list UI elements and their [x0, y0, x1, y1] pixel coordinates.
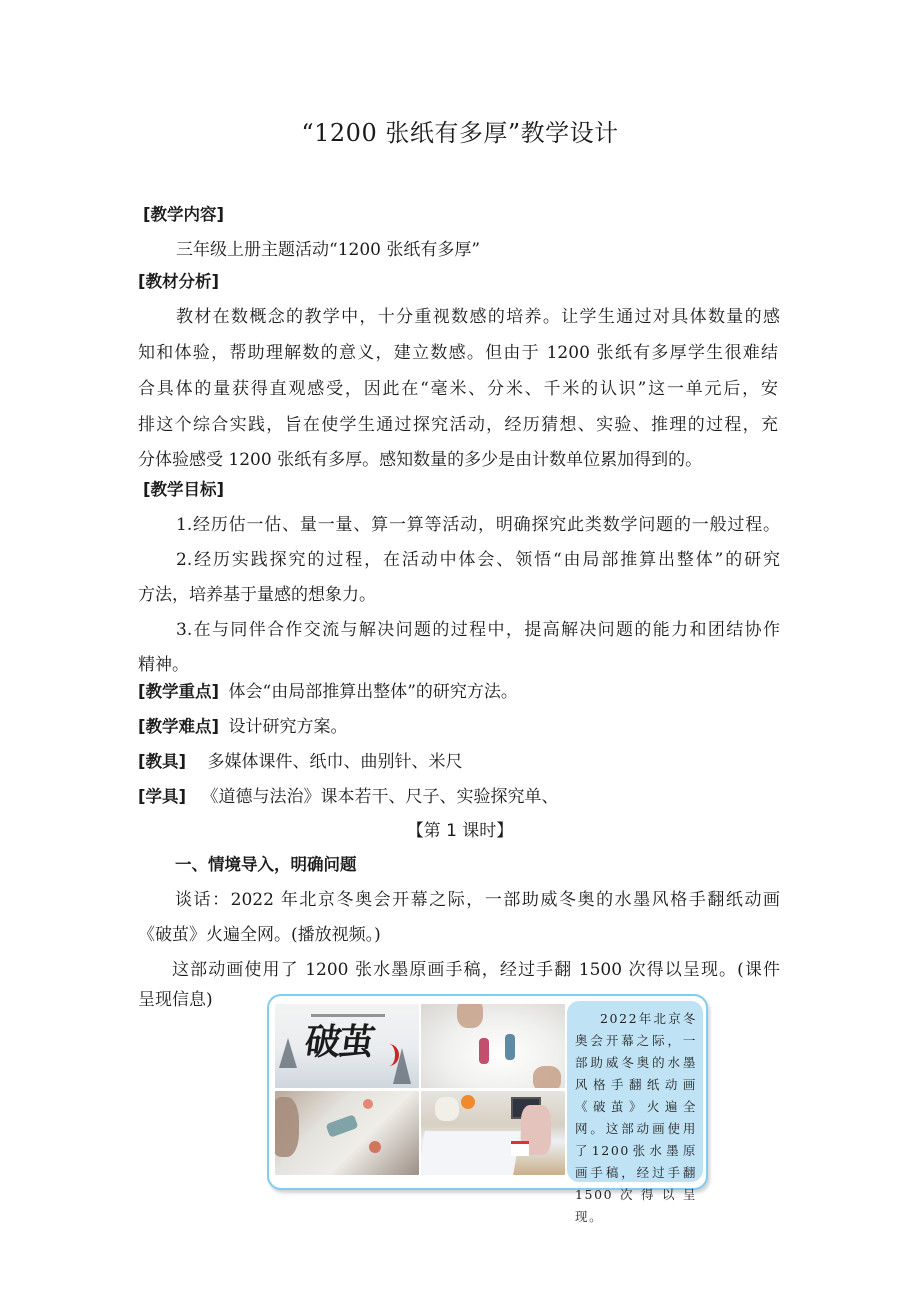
hand-shape	[533, 1066, 561, 1088]
analysis-line: 知和体验，帮助理解数的意义，建立数感。但由于 1200 张纸有多厚学生很难结	[138, 341, 778, 365]
key-point-text: 体会“由局部推算出整体”的研究方法。	[229, 682, 518, 702]
analysis-line: 分体验感受 1200 张纸有多厚。感知数量的多少是由计数单位累加得到的。	[138, 448, 702, 472]
section-heading-goals: [教学目标]	[143, 478, 224, 502]
goal-line: 3.在与同伴合作交流与解决问题的过程中，提高解决问题的能力和团结协作	[176, 618, 780, 642]
part1-line: 呈现信息)	[138, 988, 213, 1012]
tree-icon	[279, 1038, 297, 1068]
person-shape	[435, 1097, 459, 1121]
flipbook-pages-image	[275, 1091, 419, 1175]
difficulty-label: [教学难点]	[138, 717, 219, 736]
skater-figure	[505, 1034, 515, 1060]
skater-figure	[479, 1038, 489, 1064]
goal-line: 2.经历实践探究的过程，在活动中体会、领悟“由局部推算出整体”的研究	[176, 548, 780, 572]
poster-banner-text	[311, 1014, 385, 1017]
skater-figure	[326, 1114, 359, 1137]
key-point-label: [教学重点]	[138, 682, 219, 701]
student-tools-label: [学具]	[138, 787, 186, 806]
content-text: 三年级上册主题活动“1200 张纸有多厚”	[176, 238, 480, 262]
artists-drawing-image	[421, 1091, 565, 1175]
part1-line: 《破茧》火遍全网。(播放视频。)	[138, 923, 381, 947]
goal-line: 1.经历估一估、量一量、算一算等活动，明确探究此类数学问题的一般过程。	[176, 513, 780, 537]
red-brush-stroke	[379, 1044, 399, 1066]
part1-heading: 一、情境导入，明确问题	[175, 853, 357, 877]
paper-sheet	[421, 1131, 521, 1175]
analysis-line: 教材在数概念的教学中，十分重视数感的培养。让学生通过对具体数量的感	[176, 305, 780, 329]
difficulty-text: 设计研究方案。	[229, 717, 348, 737]
lesson-period-label: 【第 1 课时】	[0, 819, 920, 843]
courseware-figure: 破茧 2022年北京冬奥会开幕之际，一部助威冬奥的水墨风格手翻纸动画《破茧》火遍…	[267, 994, 708, 1190]
part1-line: 这部动画使用了 1200 张水墨原画手稿，经过手翻 1500 次得以呈现。(课件	[172, 958, 780, 982]
hand-shape	[457, 1004, 483, 1028]
key-point-row: [教学重点] 体会“由局部推算出整体”的研究方法。	[138, 680, 518, 704]
flipbook-skaters-image	[421, 1004, 565, 1088]
goal-line: 方法，培养基于量感的想象力。	[138, 583, 376, 607]
analysis-line: 合具体的量获得直观感受，因此在“毫米、分米、千米的认识”这一单元后，安	[138, 377, 778, 401]
po-jian-poster-image: 破茧	[275, 1004, 419, 1088]
document-title: “1200 张纸有多厚”教学设计	[0, 116, 920, 150]
teacher-tools-label: [教具]	[138, 752, 186, 771]
goal-line: 精神。	[138, 653, 189, 677]
teacher-tools-text: 多媒体课件、纸巾、曲别针、米尺	[208, 752, 463, 772]
student-tools-text: 《道德与法治》课本若干、尺子、实验探究单、	[202, 787, 559, 807]
figure-caption: 2022年北京冬奥会开幕之际，一部助威冬奥的水墨风格手翻纸动画《破茧》火遍全网。…	[567, 1001, 703, 1182]
fan-heater-shape	[461, 1095, 475, 1109]
difficulty-row: [教学难点] 设计研究方案。	[138, 715, 348, 739]
po-jian-title: 破茧	[302, 1022, 376, 1062]
tissue-box	[511, 1141, 529, 1156]
teacher-tools-row: [教具] 多媒体课件、纸巾、曲别针、米尺	[138, 750, 463, 774]
section-heading-content: [教学内容]	[143, 203, 224, 227]
hand-shape	[275, 1097, 299, 1157]
analysis-line: 排这个综合实践，旨在使学生通过探究活动，经历猜想、实验、推理的过程，充	[138, 413, 778, 437]
section-heading-analysis: [教材分析]	[138, 270, 219, 294]
lamp-glow	[363, 1099, 373, 1109]
skater-figure	[369, 1141, 381, 1153]
part1-line: 谈话：2022 年北京冬奥会开幕之际，一部助威冬奥的水墨风格手翻纸动画	[175, 888, 780, 912]
document-page: “1200 张纸有多厚”教学设计 [教学内容] 三年级上册主题活动“1200 张…	[0, 0, 920, 1302]
student-tools-row: [学具] 《道德与法治》课本若干、尺子、实验探究单、	[138, 785, 559, 809]
